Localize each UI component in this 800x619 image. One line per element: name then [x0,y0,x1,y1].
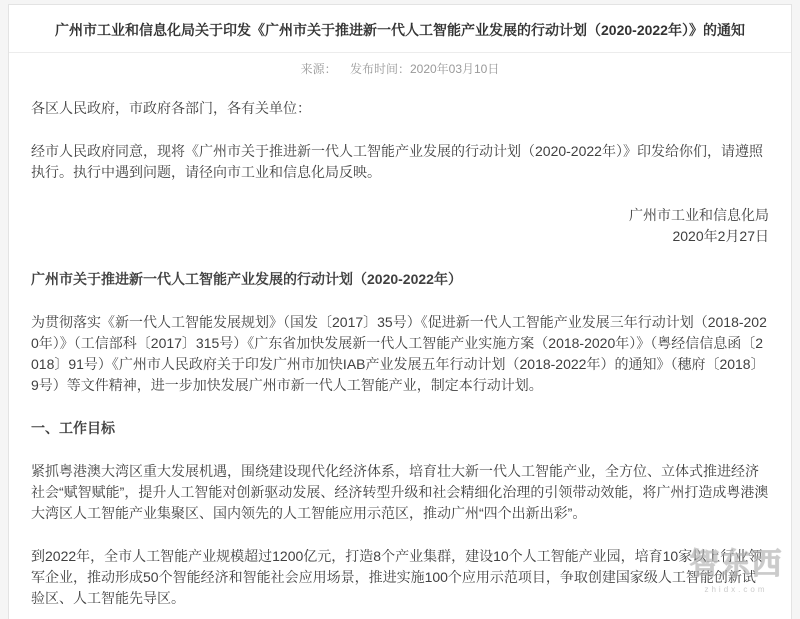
meta-source-label: 来源： [301,62,337,76]
signature-date: 2020年2月27日 [31,226,769,247]
paragraph-goals-overview: 紧抓粤港澳大湾区重大发展机遇，围绕建设现代化经济体系，培育壮大新一代人工智能产业… [31,461,769,524]
article-meta: 来源： 发布时间：2020年03月10日 [9,53,791,86]
section-heading-work-goals: 一、工作目标 [31,418,769,439]
paragraph-salutation: 各区人民政府，市政府各部门，各有关单位： [31,98,769,119]
paragraph-goals-2022-targets: 到2022年，全市人工智能产业规模超过1200亿元，打造8个产业集群，建设10个… [31,546,769,609]
plan-title-heading: 广州市关于推进新一代人工智能产业发展的行动计划（2020-2022年） [31,269,769,290]
page: 广州市工业和信息化局关于印发《广州市关于推进新一代人工智能产业发展的行动计划（2… [0,0,800,619]
paragraph-issuance-notice: 经市人民政府同意，现将《广州市关于推进新一代人工智能产业发展的行动计划（2020… [31,141,769,183]
meta-publish-time: 发布时间：2020年03月10日 [350,62,499,76]
paragraph-preamble: 为贯彻落实《新一代人工智能发展规划》（国发〔2017〕35号）《促进新一代人工智… [31,312,769,396]
signature-agency: 广州市工业和信息化局 [31,205,769,226]
article-body: 各区人民政府，市政府各部门，各有关单位： 经市人民政府同意，现将《广州市关于推进… [9,86,791,609]
article-container: 广州市工业和信息化局关于印发《广州市关于推进新一代人工智能产业发展的行动计划（2… [8,4,792,619]
article-title: 广州市工业和信息化局关于印发《广州市关于推进新一代人工智能产业发展的行动计划（2… [9,5,791,53]
